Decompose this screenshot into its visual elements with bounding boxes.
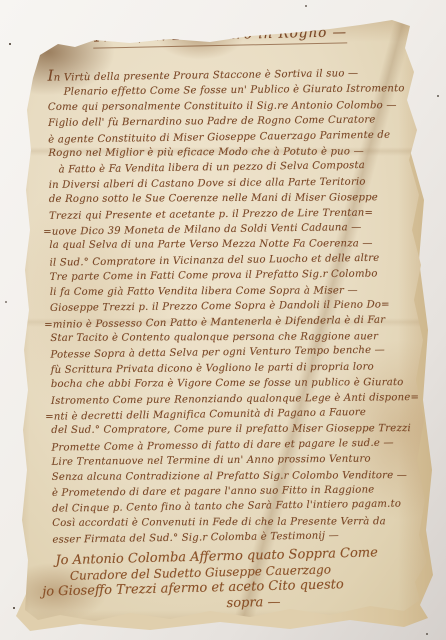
- manuscript-line: Come qui personalmente Constituito il Si…: [48, 98, 408, 115]
- signature-block: Jo Antonio Colomba Affermo quato Soppra …: [55, 545, 402, 615]
- manuscript-line: de Rogno sotto le Sue Coerenze nelle Man…: [49, 190, 409, 207]
- manuscript-line: Senza alcuna Contradizione al Prefatto S…: [52, 468, 412, 485]
- manuscript-line: li fa Come già Fatto Vendita libera Come…: [50, 283, 410, 300]
- photo-background: 1759 (ad: 23 Genaro in Rogno — In Virtù …: [0, 0, 446, 640]
- manuscript-paper: 1759 (ad: 23 Genaro in Rogno — In Virtù …: [0, 0, 446, 640]
- manuscript-line: bocha che abbi Forza è Vigore Come se fo…: [51, 375, 411, 392]
- manuscript-body: In Virtù della presente Proura Staccone …: [47, 64, 412, 547]
